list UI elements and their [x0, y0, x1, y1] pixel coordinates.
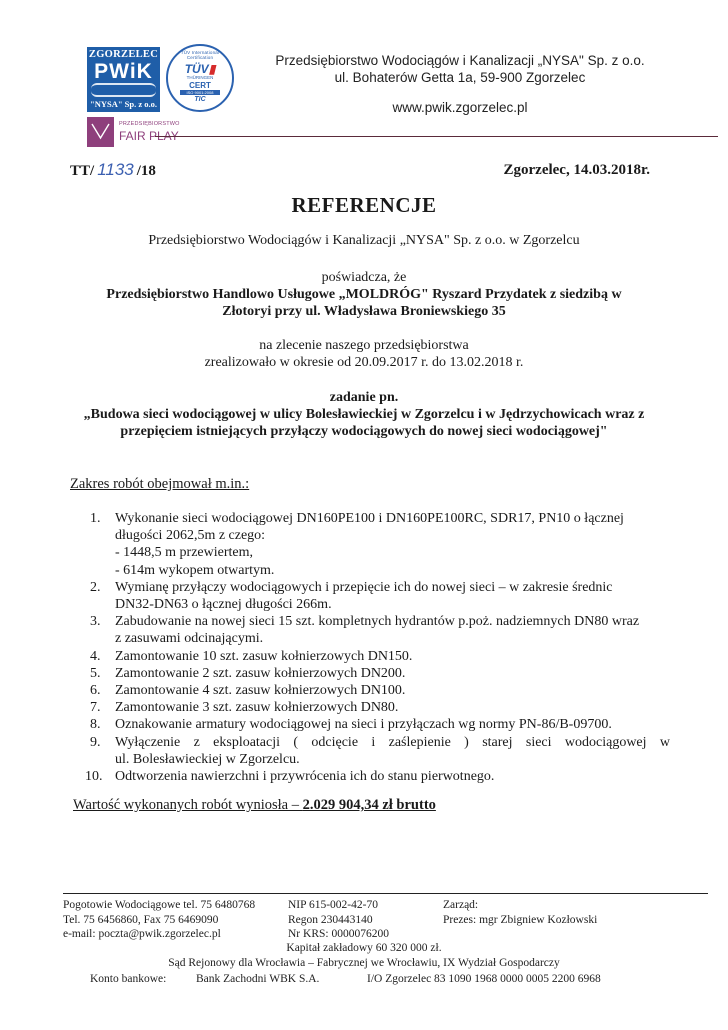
contract-value-label: Wartość wykonanych robót wyniosła – [73, 797, 303, 813]
task-title-line-2: przepięciem istniejących przyłączy wodoc… [0, 424, 728, 440]
scope-item-line: Zamontowanie 2 szt. zasuw kołnierzowych … [115, 665, 670, 682]
scope-item-line: Wykonanie sieci wodociągowej DN160PE100 … [115, 510, 670, 527]
scope-item-line: ul. Bolesławieckiej w Zgorzelcu. [115, 751, 670, 768]
scope-item: 1.Wykonanie sieci wodociągowej DN160PE10… [90, 510, 670, 579]
scope-item-line: Zabudowanie na nowej sieci 15 szt. kompl… [115, 613, 670, 630]
tuv-cert: CERT [168, 81, 232, 90]
pwik-logo: ZGORZELEC PWiK "NYSA" Sp. z o.o. [87, 47, 160, 112]
scope-item-line: Oznakowanie armatury wodociągowej na sie… [115, 716, 670, 733]
scope-item: 7.Zamontowanie 3 szt. zasuw kołnierzowyc… [90, 699, 670, 716]
pwik-logo-main: PWiK [87, 61, 160, 82]
reference-number: TT/1133/18 [70, 160, 156, 180]
footer-regon: Regon 230443140 [288, 913, 389, 928]
scope-item-line: Wyłączenie z eksploatacji ( odcięcie i z… [115, 734, 670, 751]
footer-capital: Kapitał zakładowy 60 320 000 zł. [0, 941, 728, 956]
contract-value: Wartość wykonanych robót wyniosła – 2.02… [73, 797, 436, 814]
shield-icon: ▮ [209, 62, 216, 76]
company-header: Przedsiębiorstwo Wodociągów i Kanalizacj… [230, 52, 690, 86]
scope-item-number: 1. [90, 510, 101, 527]
scope-item-line: z zasuwami odcinającymi. [115, 630, 670, 647]
scope-item-line: - 614m wykopem otwartym. [115, 562, 670, 579]
reference-handwritten-number: 1133 [97, 160, 134, 179]
company-name: Przedsiębiorstwo Wodociągów i Kanalizacj… [230, 52, 690, 69]
task-label: zadanie pn. [0, 390, 728, 406]
tuv-brand-text: TÜV [185, 62, 209, 76]
pwik-logo-bottom: "NYSA" Sp. z o.o. [87, 99, 160, 109]
scope-item-line: Wymianę przyłączy wodociągowych i przepi… [115, 579, 670, 596]
footer-nip: NIP 615-002-42-70 [288, 898, 389, 913]
scope-item: 10.Odtworzenia nawierzchni i przywróceni… [85, 768, 670, 785]
tuv-tic: TIC [168, 95, 232, 104]
footer-registry: NIP 615-002-42-70 Regon 230443140 Nr KRS… [288, 898, 389, 942]
contract-value-amount: 2.029 904,34 zł brutto [303, 797, 436, 813]
document-title: REFERENCJE [0, 193, 728, 218]
scope-item: 8.Oznakowanie armatury wodociągowej na s… [90, 716, 670, 733]
scope-item-line: - 1448,5 m przewiertem, [115, 544, 670, 561]
commission-line: na zlecenie naszego przedsiębiorstwa [0, 338, 728, 354]
footer-emergency: Pogotowie Wodociągowe tel. 75 6480768 [63, 898, 255, 913]
scope-item-line: Zamontowanie 4 szt. zasuw kołnierzowych … [115, 682, 670, 699]
tuv-certification-seal: TÜV International Certification TÜV▮ THÜ… [166, 44, 234, 112]
footer-krs: Nr KRS: 0000076200 [288, 927, 389, 942]
pwik-logo-top: ZGORZELEC [87, 49, 160, 60]
company-address: ul. Bohaterów Getta 1a, 59-900 Zgorzelec [230, 69, 690, 86]
scope-item-number: 3. [90, 613, 101, 630]
scope-item: 6.Zamontowanie 4 szt. zasuw kołnierzowyc… [90, 682, 670, 699]
reference-suffix: /18 [137, 163, 156, 179]
period-line: zrealizowało w okresie od 20.09.2017 r. … [0, 355, 728, 371]
scope-item-number: 2. [90, 579, 101, 596]
scope-list: 1.Wykonanie sieci wodociągowej DN160PE10… [90, 510, 670, 785]
scope-item-line: DN32-DN63 o łącznej długości 266m. [115, 596, 670, 613]
scope-item-number: 10. [85, 768, 103, 785]
scope-item-line: Zamontowanie 3 szt. zasuw kołnierzowych … [115, 699, 670, 716]
scope-item-number: 4. [90, 648, 101, 665]
footer-divider [63, 893, 708, 894]
header-divider [155, 136, 718, 137]
scope-item-number: 5. [90, 665, 101, 682]
footer-phone-fax: Tel. 75 6456860, Fax 75 6469090 [63, 913, 255, 928]
scope-item: 4.Zamontowanie 10 szt. zasuw kołnierzowy… [90, 648, 670, 665]
place-date: Zgorzelec, 14.03.2018r. [504, 162, 651, 179]
checkmark-icon [87, 117, 114, 147]
footer-bank-label: Konto bankowe: [90, 972, 166, 987]
footer-board: Zarząd: Prezes: mgr Zbigniew Kozłowski [443, 898, 597, 927]
footer-bank-name: Bank Zachodni WBK S.A. [196, 972, 319, 987]
scope-item-number: 6. [90, 682, 101, 699]
company-website[interactable]: www.pwik.zgorzelec.pl [230, 100, 690, 115]
footer-president: Prezes: mgr Zbigniew Kozłowski [443, 913, 597, 928]
footer-email[interactable]: e-mail: poczta@pwik.zgorzelec.pl [63, 927, 255, 942]
contractor-line-2: Złotoryi przy ul. Władysława Broniewskie… [0, 304, 728, 320]
waves-icon [91, 83, 156, 97]
scope-item-number: 7. [90, 699, 101, 716]
scope-heading: Zakres robót obejmował m.in.: [70, 476, 249, 493]
fair-play-logo: PRZEDSIĘBIORSTWO FAIR PLAY [87, 117, 197, 147]
scope-item: 2.Wymianę przyłączy wodociągowych i prze… [90, 579, 670, 613]
scope-item: 9.Wyłączenie z eksploatacji ( odcięcie i… [90, 734, 670, 768]
scope-item: 3.Zabudowanie na nowej sieci 15 szt. kom… [90, 613, 670, 647]
footer-board-label: Zarząd: [443, 898, 597, 913]
footer-court: Sąd Rejonowy dla Wrocławia – Fabrycznej … [0, 956, 728, 971]
reference-prefix: TT/ [70, 163, 94, 179]
scope-item-line: długości 2062,5m z czego: [115, 527, 670, 544]
tuv-ring-text: TÜV International Certification [168, 50, 232, 60]
scope-item-number: 9. [90, 734, 101, 751]
scope-item-line: Zamontowanie 10 szt. zasuw kołnierzowych… [115, 648, 670, 665]
scope-item-line: Odtworzenia nawierzchni i przywrócenia i… [115, 768, 670, 785]
scope-item: 5.Zamontowanie 2 szt. zasuw kołnierzowyc… [90, 665, 670, 682]
footer-contact: Pogotowie Wodociągowe tel. 75 6480768 Te… [63, 898, 255, 942]
task-title-line-1: „Budowa sieci wodociągowej w ulicy Boles… [0, 407, 728, 423]
scope-item-number: 8. [90, 716, 101, 733]
tuv-brand: TÜV▮ [168, 63, 232, 75]
fair-play-small: PRZEDSIĘBIORSTWO [119, 121, 180, 127]
contractor-line-1: Przedsiębiorstwo Handlowo Usługowe „MOLD… [0, 287, 728, 303]
footer-bank-account: I/O Zgorzelec 83 1090 1968 0000 0005 220… [367, 972, 601, 987]
certifies-line: poświadcza, że [0, 270, 728, 286]
issuer-line: Przedsiębiorstwo Wodociągów i Kanalizacj… [0, 233, 728, 249]
